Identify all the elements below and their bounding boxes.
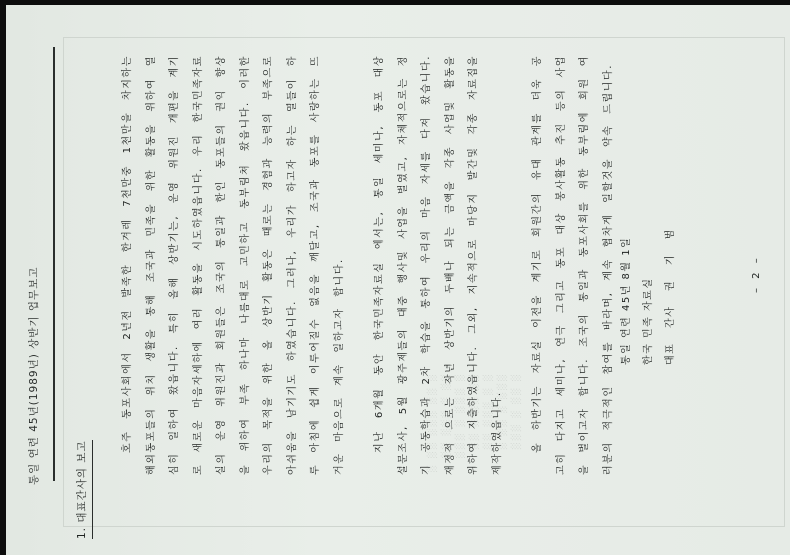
report-body: 호주 동포사회에서 2년전 발족한 한겨레 7천만중 1천만을 차지하는 해외동… [116,55,637,475]
signature-block: 통일 연련 45년 8월 1일 한국 민족 자료실 대표 간사 권 기 범 [616,228,682,365]
signature-signer: 대표 간사 권 기 범 [660,228,682,365]
scanned-document-viewport: 통일 연련 45년(1989년) 상반기 업무보고 1. 대표간사의 보고 호주… [0,0,790,555]
section-title: 1. 대표간사의 보고 [74,440,93,539]
running-header: 통일 연련 45년(1989년) 상반기 업무보고 [26,35,41,485]
bleed-through-text: ░ ░░ ░░░ ░░ ░░░ ░ ░░░ ░░░ ░░░ ░ ░░░░░ ░░… [426,375,546,515]
paragraph-first-half-review: 호주 동포사회에서 2년전 발족한 한겨레 7천만중 1천만을 차지하는 해외동… [116,55,351,475]
scan-edge-mark [0,355,5,375]
signature-date: 통일 연련 45년 8월 1일 [616,228,638,365]
document-page: 통일 연련 45년(1989년) 상반기 업무보고 1. 대표간사의 보고 호주… [6,5,790,555]
header-rule [53,47,55,481]
signature-organization: 한국 민족 자료실 [638,228,660,365]
paper-sheet: 통일 연련 45년(1989년) 상반기 업무보고 1. 대표간사의 보고 호주… [6,5,790,555]
page-number: – 2 – [751,255,762,293]
